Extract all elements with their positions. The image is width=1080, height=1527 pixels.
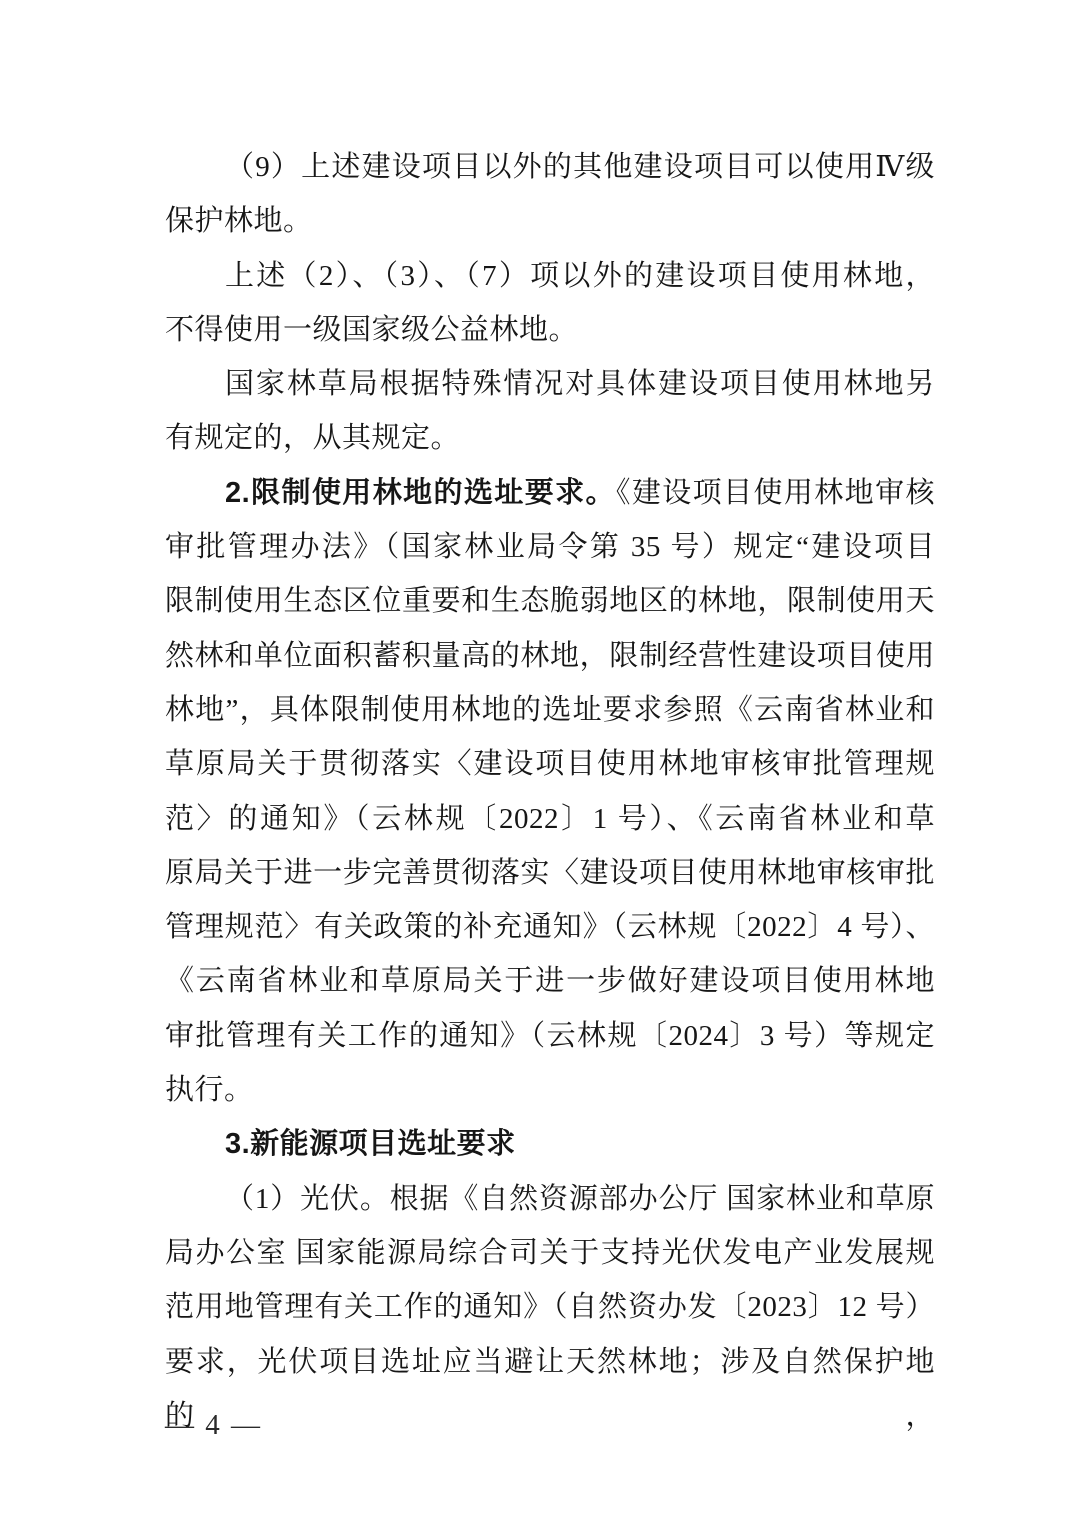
body-text: 保护林地。 bbox=[165, 205, 313, 237]
body-text: 审批管理办法》（国家林业局令第 35 号）规定“建设项目 bbox=[165, 531, 935, 563]
doc-line: 《云南省林业和草原局关于进一步做好建设项目使用林地 bbox=[165, 954, 935, 1008]
doc-line: 草原局关于贯彻落实〈建设项目使用林地审核审批管理规 bbox=[165, 737, 935, 791]
doc-line: 原局关于进一步完善贯彻落实〈建设项目使用林地审核审批 bbox=[165, 846, 935, 900]
doc-line: 执行。 bbox=[165, 1063, 935, 1117]
body-text: 《建设项目使用林地审核 bbox=[616, 477, 935, 509]
doc-line: 有规定的，从其规定。 bbox=[165, 411, 935, 465]
doc-line: 范〉的通知》（云林规〔2022〕1 号）、《云南省林业和草 bbox=[165, 792, 935, 846]
document-body: （9）上述建设项目以外的其他建设项目可以使用Ⅳ级保护林地。上述（2）、（3）、（… bbox=[165, 140, 935, 1389]
doc-line: 然林和单位面积蓄积量高的林地，限制经营性建设项目使用 bbox=[165, 629, 935, 683]
body-text: 局办公室 国家能源局综合司关于支持光伏发电产业发展规 bbox=[165, 1237, 935, 1269]
doc-line: 限制使用生态区位重要和生态脆弱地区的林地，限制使用天 bbox=[165, 574, 935, 628]
doc-line: （1）光伏。根据《自然资源部办公厅 国家林业和草原 bbox=[165, 1172, 935, 1226]
body-text: 林地”，具体限制使用林地的选址要求参照《云南省林业和 bbox=[165, 694, 935, 726]
body-text: 执行。 bbox=[165, 1074, 254, 1106]
body-text: 要求，光伏项目选址应当避让天然林地；涉及自然保护地的， bbox=[165, 1346, 935, 1432]
doc-line: （9）上述建设项目以外的其他建设项目可以使用Ⅳ级 bbox=[165, 140, 935, 194]
body-text: （1）光伏。根据《自然资源部办公厅 国家林业和草原 bbox=[225, 1183, 935, 1215]
body-text: 范用地管理有关工作的通知》（自然资办发〔2023〕12 号） bbox=[165, 1291, 935, 1323]
body-text: 管理规范〉有关政策的补充通知》（云林规〔2022〕4 号）、 bbox=[165, 911, 935, 943]
body-text: 《云南省林业和草原局关于进一步做好建设项目使用林地 bbox=[165, 965, 935, 997]
body-text: 限制使用生态区位重要和生态脆弱地区的林地，限制使用天 bbox=[165, 585, 935, 617]
body-text: 审批管理有关工作的通知》（云林规〔2024〕3 号）等规定 bbox=[165, 1020, 935, 1052]
doc-line: 局办公室 国家能源局综合司关于支持光伏发电产业发展规 bbox=[165, 1226, 935, 1280]
doc-line: 林地”，具体限制使用林地的选址要求参照《云南省林业和 bbox=[165, 683, 935, 737]
doc-line: 管理规范〉有关政策的补充通知》（云林规〔2022〕4 号）、 bbox=[165, 900, 935, 954]
body-text: 上述（2）、（3）、（7）项以外的建设项目使用林地， bbox=[225, 260, 935, 292]
body-text: 国家林草局根据特殊情况对具体建设项目使用林地另 bbox=[225, 368, 935, 400]
doc-line: 2.限制使用林地的选址要求。《建设项目使用林地审核 bbox=[165, 466, 935, 520]
body-text: 有规定的，从其规定。 bbox=[165, 422, 460, 454]
heading-text: 2.限制使用林地的选址要求。 bbox=[225, 477, 616, 509]
body-text: 范〉的通知》（云林规〔2022〕1 号）、《云南省林业和草 bbox=[165, 803, 935, 835]
body-text: （9）上述建设项目以外的其他建设项目可以使用Ⅳ级 bbox=[225, 151, 935, 183]
doc-line: 审批管理办法》（国家林业局令第 35 号）规定“建设项目 bbox=[165, 520, 935, 574]
heading-text: 3.新能源项目选址要求 bbox=[225, 1128, 516, 1160]
body-text: 然林和单位面积蓄积量高的林地，限制经营性建设项目使用 bbox=[165, 640, 935, 672]
body-text: 不得使用一级国家级公益林地。 bbox=[165, 314, 578, 346]
doc-line: 保护林地。 bbox=[165, 194, 935, 248]
doc-line: 不得使用一级国家级公益林地。 bbox=[165, 303, 935, 357]
document-page: （9）上述建设项目以外的其他建设项目可以使用Ⅳ级保护林地。上述（2）、（3）、（… bbox=[0, 0, 1080, 1527]
body-text: 原局关于进一步完善贯彻落实〈建设项目使用林地审核审批 bbox=[165, 857, 935, 889]
doc-line: 3.新能源项目选址要求 bbox=[165, 1117, 935, 1171]
doc-line: 要求，光伏项目选址应当避让天然林地；涉及自然保护地的， bbox=[165, 1335, 935, 1389]
page-footer: — 4 — bbox=[165, 1408, 262, 1442]
doc-line: 范用地管理有关工作的通知》（自然资办发〔2023〕12 号） bbox=[165, 1280, 935, 1334]
doc-line: 上述（2）、（3）、（7）项以外的建设项目使用林地， bbox=[165, 249, 935, 303]
doc-line: 国家林草局根据特殊情况对具体建设项目使用林地另 bbox=[165, 357, 935, 411]
doc-line: 审批管理有关工作的通知》（云林规〔2024〕3 号）等规定 bbox=[165, 1009, 935, 1063]
body-text: 草原局关于贯彻落实〈建设项目使用林地审核审批管理规 bbox=[165, 748, 935, 780]
page-number: — 4 — bbox=[165, 1409, 262, 1441]
